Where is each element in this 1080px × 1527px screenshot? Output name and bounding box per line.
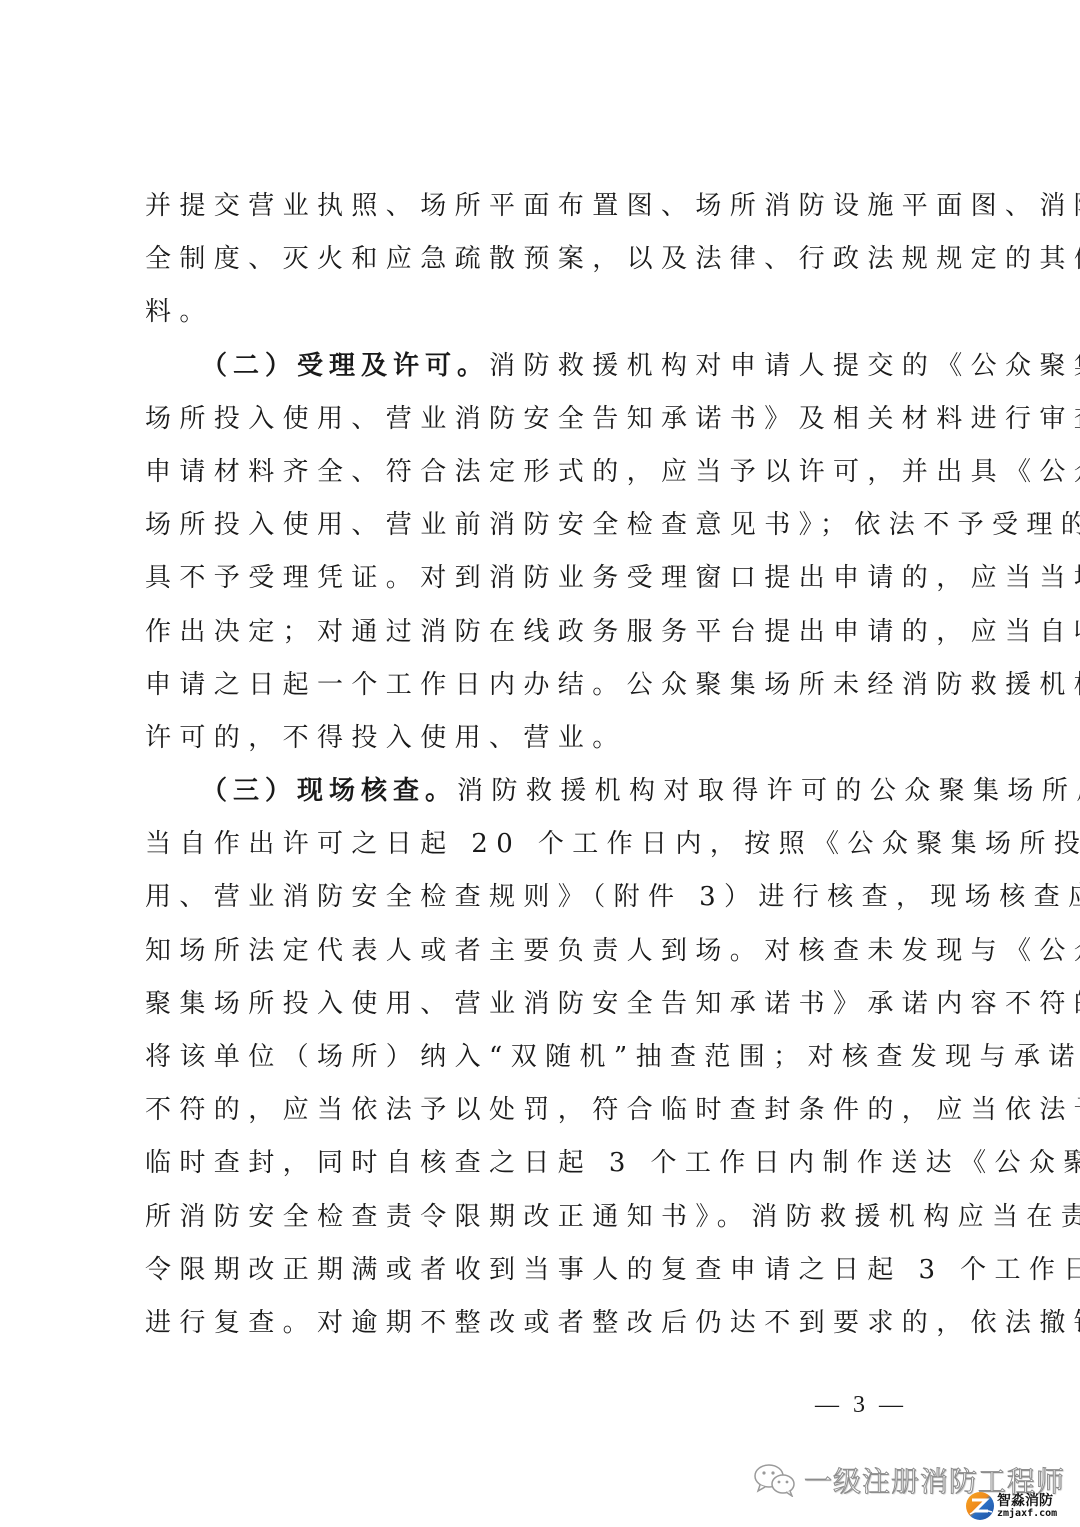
text-line: 聚集场所投入使用、营业消防安全告知承诺书》承诺内容不符的， [145, 978, 940, 1031]
text-line: 全制度、灭火和应急疏散预案，以及法律、行政法规规定的其他材 [145, 233, 940, 286]
line-text: 不符的，应当依法予以处罚，符合临时查封条件的，应当依法予以 [145, 1095, 1080, 1125]
zmjaxf-logo-icon [966, 1492, 994, 1520]
line-text: 料。 [145, 297, 214, 327]
line-text: 申请之日起一个工作日内办结。公众聚集场所未经消防救援机构 [145, 670, 1080, 700]
text-line: 申请之日起一个工作日内办结。公众聚集场所未经消防救援机构 [145, 659, 940, 712]
page-number: — 3 — [815, 1392, 907, 1419]
brand-name: 智淼消防 [997, 1494, 1057, 1508]
line-text: 所消防安全检查责令限期改正通知书》。消防救援机构应当在责 [145, 1202, 1080, 1232]
document-page: 并提交营业执照、场所平面布置图、场所消防设施平面图、消防安全制度、灭火和应急疏散… [0, 0, 1080, 1527]
text-line: 料。 [145, 286, 940, 339]
line-text: 具不予受理凭证。对到消防业务受理窗口提出申请的，应当当场 [145, 563, 1080, 593]
line-text: 聚集场所投入使用、营业消防安全告知承诺书》承诺内容不符的， [145, 989, 1080, 1019]
text-line: 并提交营业执照、场所平面布置图、场所消防设施平面图、消防安 [145, 180, 940, 233]
text-line: 场所投入使用、营业消防安全告知承诺书》及相关材料进行审查。 [145, 393, 940, 446]
section-heading: （二）受理及许可。 [201, 351, 489, 381]
line-text: 将该单位（场所）纳入“双随机”抽查范围；对核查发现与承诺内容 [145, 1042, 1080, 1072]
line-text: 场所投入使用、营业前消防安全检查意见书》；依法不予受理的，出 [145, 510, 1080, 540]
line-text: 消防救援机构对取得许可的公众聚集场所应 [457, 776, 1080, 806]
text-line: 作出决定；对通过消防在线政务服务平台提出申请的，应当自收到 [145, 606, 940, 659]
text-line: 不符的，应当依法予以处罚，符合临时查封条件的，应当依法予以 [145, 1084, 940, 1137]
line-text: 并提交营业执照、场所平面布置图、场所消防设施平面图、消防安 [145, 191, 1080, 221]
text-line: 场所投入使用、营业前消防安全检查意见书》；依法不予受理的，出 [145, 499, 940, 552]
text-line: 具不予受理凭证。对到消防业务受理窗口提出申请的，应当当场 [145, 552, 940, 605]
line-text: 申请材料齐全、符合法定形式的，应当予以许可，并出具《公众聚集 [145, 457, 1080, 487]
line-text: 作出决定；对通过消防在线政务服务平台提出申请的，应当自收到 [145, 617, 1080, 647]
text-line: 进行复查。对逾期不整改或者整改后仍达不到要求的，依法撤销 [145, 1297, 940, 1350]
line-text: 进行复查。对逾期不整改或者整改后仍达不到要求的，依法撤销 [145, 1308, 1080, 1338]
brand-url: zmjaxf.com [997, 1509, 1057, 1519]
line-text: 用、营业消防安全检查规则》（附件 3）进行核查，现场核查应当通 [145, 882, 1080, 912]
text-line: （三）现场核查。消防救援机构对取得许可的公众聚集场所应 [145, 765, 940, 818]
text-line: 许可的，不得投入使用、营业。 [145, 712, 940, 765]
text-line: 当自作出许可之日起 20 个工作日内，按照《公众聚集场所投入使 [145, 818, 940, 871]
line-text: 消防救援机构对申请人提交的《公众聚集 [489, 351, 1080, 381]
text-line: 令限期改正期满或者收到当事人的复查申请之日起 3 个工作日内 [145, 1244, 940, 1297]
document-body: 并提交营业执照、场所平面布置图、场所消防设施平面图、消防安全制度、灭火和应急疏散… [145, 180, 940, 1350]
section-heading: （三）现场核查。 [201, 776, 457, 806]
line-text: 全制度、灭火和应急疏散预案，以及法律、行政法规规定的其他材 [145, 244, 1080, 274]
brand-badge: 智淼消防 zmjaxf.com [966, 1492, 1057, 1520]
text-line: 所消防安全检查责令限期改正通知书》。消防救援机构应当在责 [145, 1191, 940, 1244]
text-line: 临时查封，同时自核查之日起 3 个工作日内制作送达《公众聚集场 [145, 1137, 940, 1190]
text-line: 用、营业消防安全检查规则》（附件 3）进行核查，现场核查应当通 [145, 871, 940, 924]
line-text: 令限期改正期满或者收到当事人的复查申请之日起 3 个工作日内 [145, 1255, 1080, 1285]
text-line: 将该单位（场所）纳入“双随机”抽查范围；对核查发现与承诺内容 [145, 1031, 940, 1084]
text-line: （二）受理及许可。消防救援机构对申请人提交的《公众聚集 [145, 340, 940, 393]
line-text: 当自作出许可之日起 20 个工作日内，按照《公众聚集场所投入使 [145, 829, 1080, 859]
text-line: 申请材料齐全、符合法定形式的，应当予以许可，并出具《公众聚集 [145, 446, 940, 499]
line-text: 临时查封，同时自核查之日起 3 个工作日内制作送达《公众聚集场 [145, 1148, 1080, 1178]
line-text: 许可的，不得投入使用、营业。 [145, 723, 627, 753]
text-line: 知场所法定代表人或者主要负责人到场。对核查未发现与《公众 [145, 925, 940, 978]
line-text: 场所投入使用、营业消防安全告知承诺书》及相关材料进行审查。 [145, 404, 1080, 434]
line-text: 知场所法定代表人或者主要负责人到场。对核查未发现与《公众 [145, 936, 1080, 966]
wechat-icon [752, 1463, 800, 1497]
